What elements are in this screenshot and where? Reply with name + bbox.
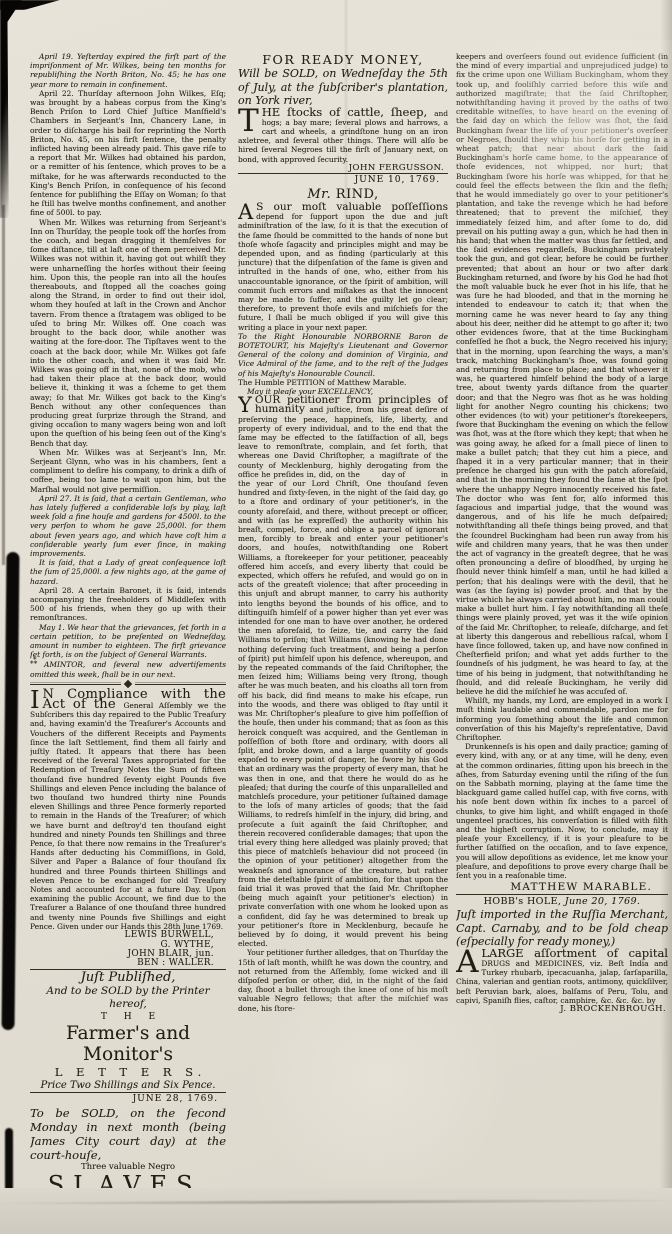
ad-ready-money-body: THE ſtocks of cattle, ſheep, and hogs; a… [238, 108, 448, 164]
treasury-signatures: LEWIS BURWELL,G. WYTHE,JOHN BLAIR, jun.B… [30, 931, 226, 969]
news-april-19: April 19. Yeſterday expired the firſt pa… [30, 52, 226, 89]
letter-date: JUNE 10, 1769. [238, 174, 448, 187]
news-april-22: April 22. Thurſday afternoon John Wilkes… [30, 89, 226, 218]
scan-edge-left-mid [1, 552, 19, 1030]
news-april-28: April 28. A certain Baronet, it is ſaid,… [30, 586, 226, 623]
news-may-1: May 1. We hear that the grievances, ſet … [30, 623, 226, 660]
column-center: FOR READY MONEY,Will be SOLD, on Wedneſd… [238, 52, 448, 1188]
marable-signature: MATTHEW MARABLE. [456, 880, 668, 894]
ad-drugs-body: ALARGE aſſortment of capital DRUGS and M… [456, 949, 668, 1005]
ad-the: T H E [30, 1011, 226, 1023]
petition-body: YOUR petitioner from principles of human… [238, 396, 448, 948]
petition-drunkenness: Drunkenneſs is his open and daily practi… [456, 742, 668, 880]
newspaper-page: April 19. Yeſterday expired the firſt pa… [0, 0, 672, 1234]
ad-ready-money-headline: FOR READY MONEY, [238, 52, 448, 67]
ad-ready-money-subhead: Will be SOLD, on Wedneſday the 5th of Ju… [238, 67, 448, 108]
news-lady-hazard: It is ſaid, that a Lady of great conſequ… [30, 558, 226, 586]
ad-drugs-subhead: Juſt imported in the Ruſſia Merchant, Ca… [456, 908, 668, 949]
ad-just-published: Juſt Publiſhed, [30, 970, 226, 985]
editor-note-amintor: AMINTOR, and ſeveral new advertiſements … [30, 659, 226, 678]
page-bottom-margin [0, 1188, 672, 1234]
ad-farmers-monitors: Farmer's and Monitor's [30, 1023, 226, 1065]
news-wilkes-coach: When Mr. Wilkes was returning from Serje… [30, 218, 226, 448]
column-right: keepers and overſeers found out evidence… [456, 52, 668, 1188]
petition-address: To the Right Honourable NORBORNE Baron d… [238, 332, 448, 378]
news-glynn: When Mr. Wilkes was at Serjeant's Inn, M… [30, 448, 226, 494]
brockenbrough-signature: J. BROCKENBROUGH. [456, 1005, 668, 1014]
scan-edge-left-line [2, 205, 5, 565]
petition-continuation: keepers and overſeers found out evidence… [456, 52, 668, 696]
petition-title: The Humble PETITION of Matthew Marable. [238, 378, 448, 387]
ad-date: JUNE 28, 1769. [30, 1093, 226, 1106]
ad-fergusson-signature: JOHN FERGUSSON. [238, 164, 448, 173]
ad-slaves-headline: SLAVES, [30, 1172, 226, 1188]
news-april-27: April 27. It is ſaid, that a certain Gen… [30, 494, 226, 558]
petition-whilst: Whilſt, my hands, my Lord, are employed … [456, 696, 668, 742]
ad-price: Price Two Shillings and Six Pence. [30, 1079, 226, 1092]
ad-letters: L E T T E R S. [30, 1065, 226, 1079]
column-left: April 19. Yeſterday expired the firſt pa… [30, 52, 226, 1188]
scan-edge-left-top [0, 0, 22, 218]
petition-further-alledges: Your petitioner further alledges, that o… [238, 948, 448, 1012]
treasury-report: IN Compliance with the Act of the Genera… [30, 690, 226, 931]
letter-intro: AS our moſt valuable poſſeſſions depend … [238, 203, 448, 332]
ad-sold-by-printer: And to be SOLD by the Printer hereof, [30, 985, 226, 1011]
ad-sale-notice: To be SOLD, on the ſecond Monday in next… [30, 1106, 226, 1162]
ad-hobbs-hole-dateline: HOBB's HOLE, June 20, 1769. [456, 895, 668, 908]
